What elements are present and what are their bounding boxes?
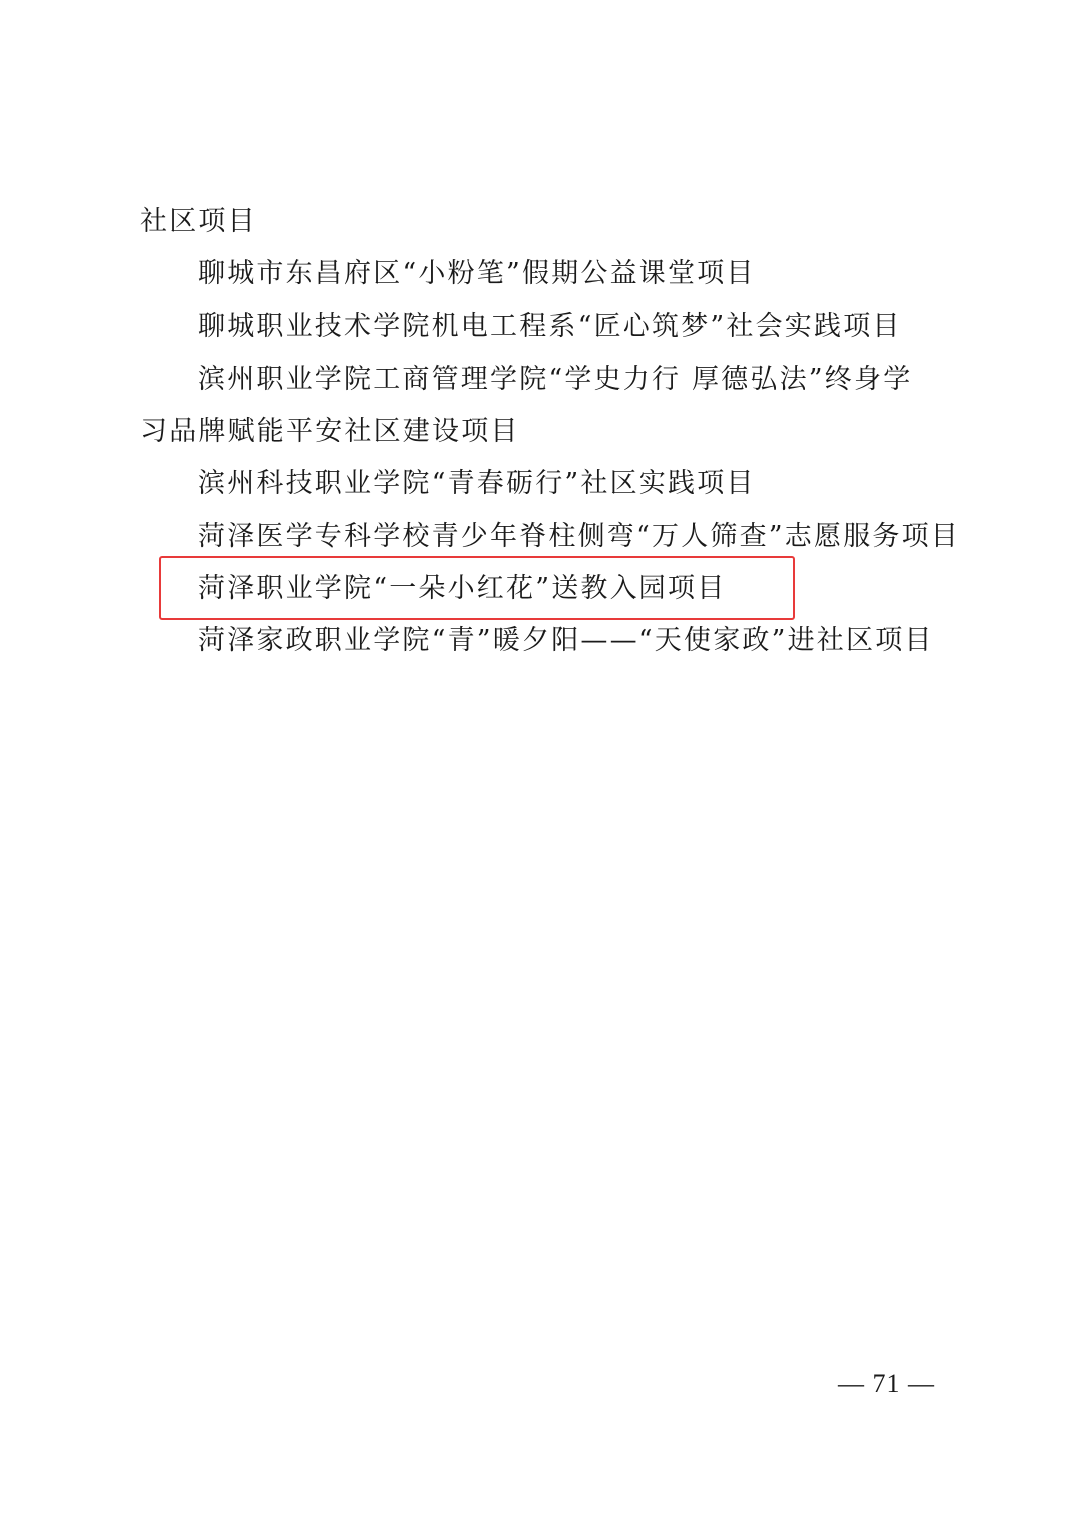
- text-line-project: 聊城市东昌府区“小粉笔”假期公益课堂项目: [198, 257, 756, 291]
- text-line-project: 菏泽医学专科学校青少年脊柱侧弯“万人筛查”志愿服务项目: [198, 520, 960, 554]
- text-line-project: 菏泽家政职业学院“青”暖夕阳——“天使家政”进社区项目: [198, 624, 934, 658]
- page-number: — 71 —: [838, 1367, 935, 1401]
- text-line-section-heading-tail: 社区项目: [140, 205, 257, 239]
- text-line-project: 滨州职业学院工商管理学院“学史力行 厚德弘法”终身学: [198, 363, 912, 397]
- text-line-project: 滨州科技职业学院“青春砺行”社区实践项目: [198, 467, 756, 501]
- text-line-project-continuation: 习品牌赋能平安社区建设项目: [140, 415, 520, 449]
- text-line-project: 聊城职业技术学院机电工程系“匠心筑梦”社会实践项目: [198, 310, 902, 344]
- text-line-highlighted-project: 菏泽职业学院“一朵小红花”送教入园项目: [198, 572, 726, 606]
- document-page: 社区项目 聊城市东昌府区“小粉笔”假期公益课堂项目 聊城职业技术学院机电工程系“…: [0, 0, 1080, 1527]
